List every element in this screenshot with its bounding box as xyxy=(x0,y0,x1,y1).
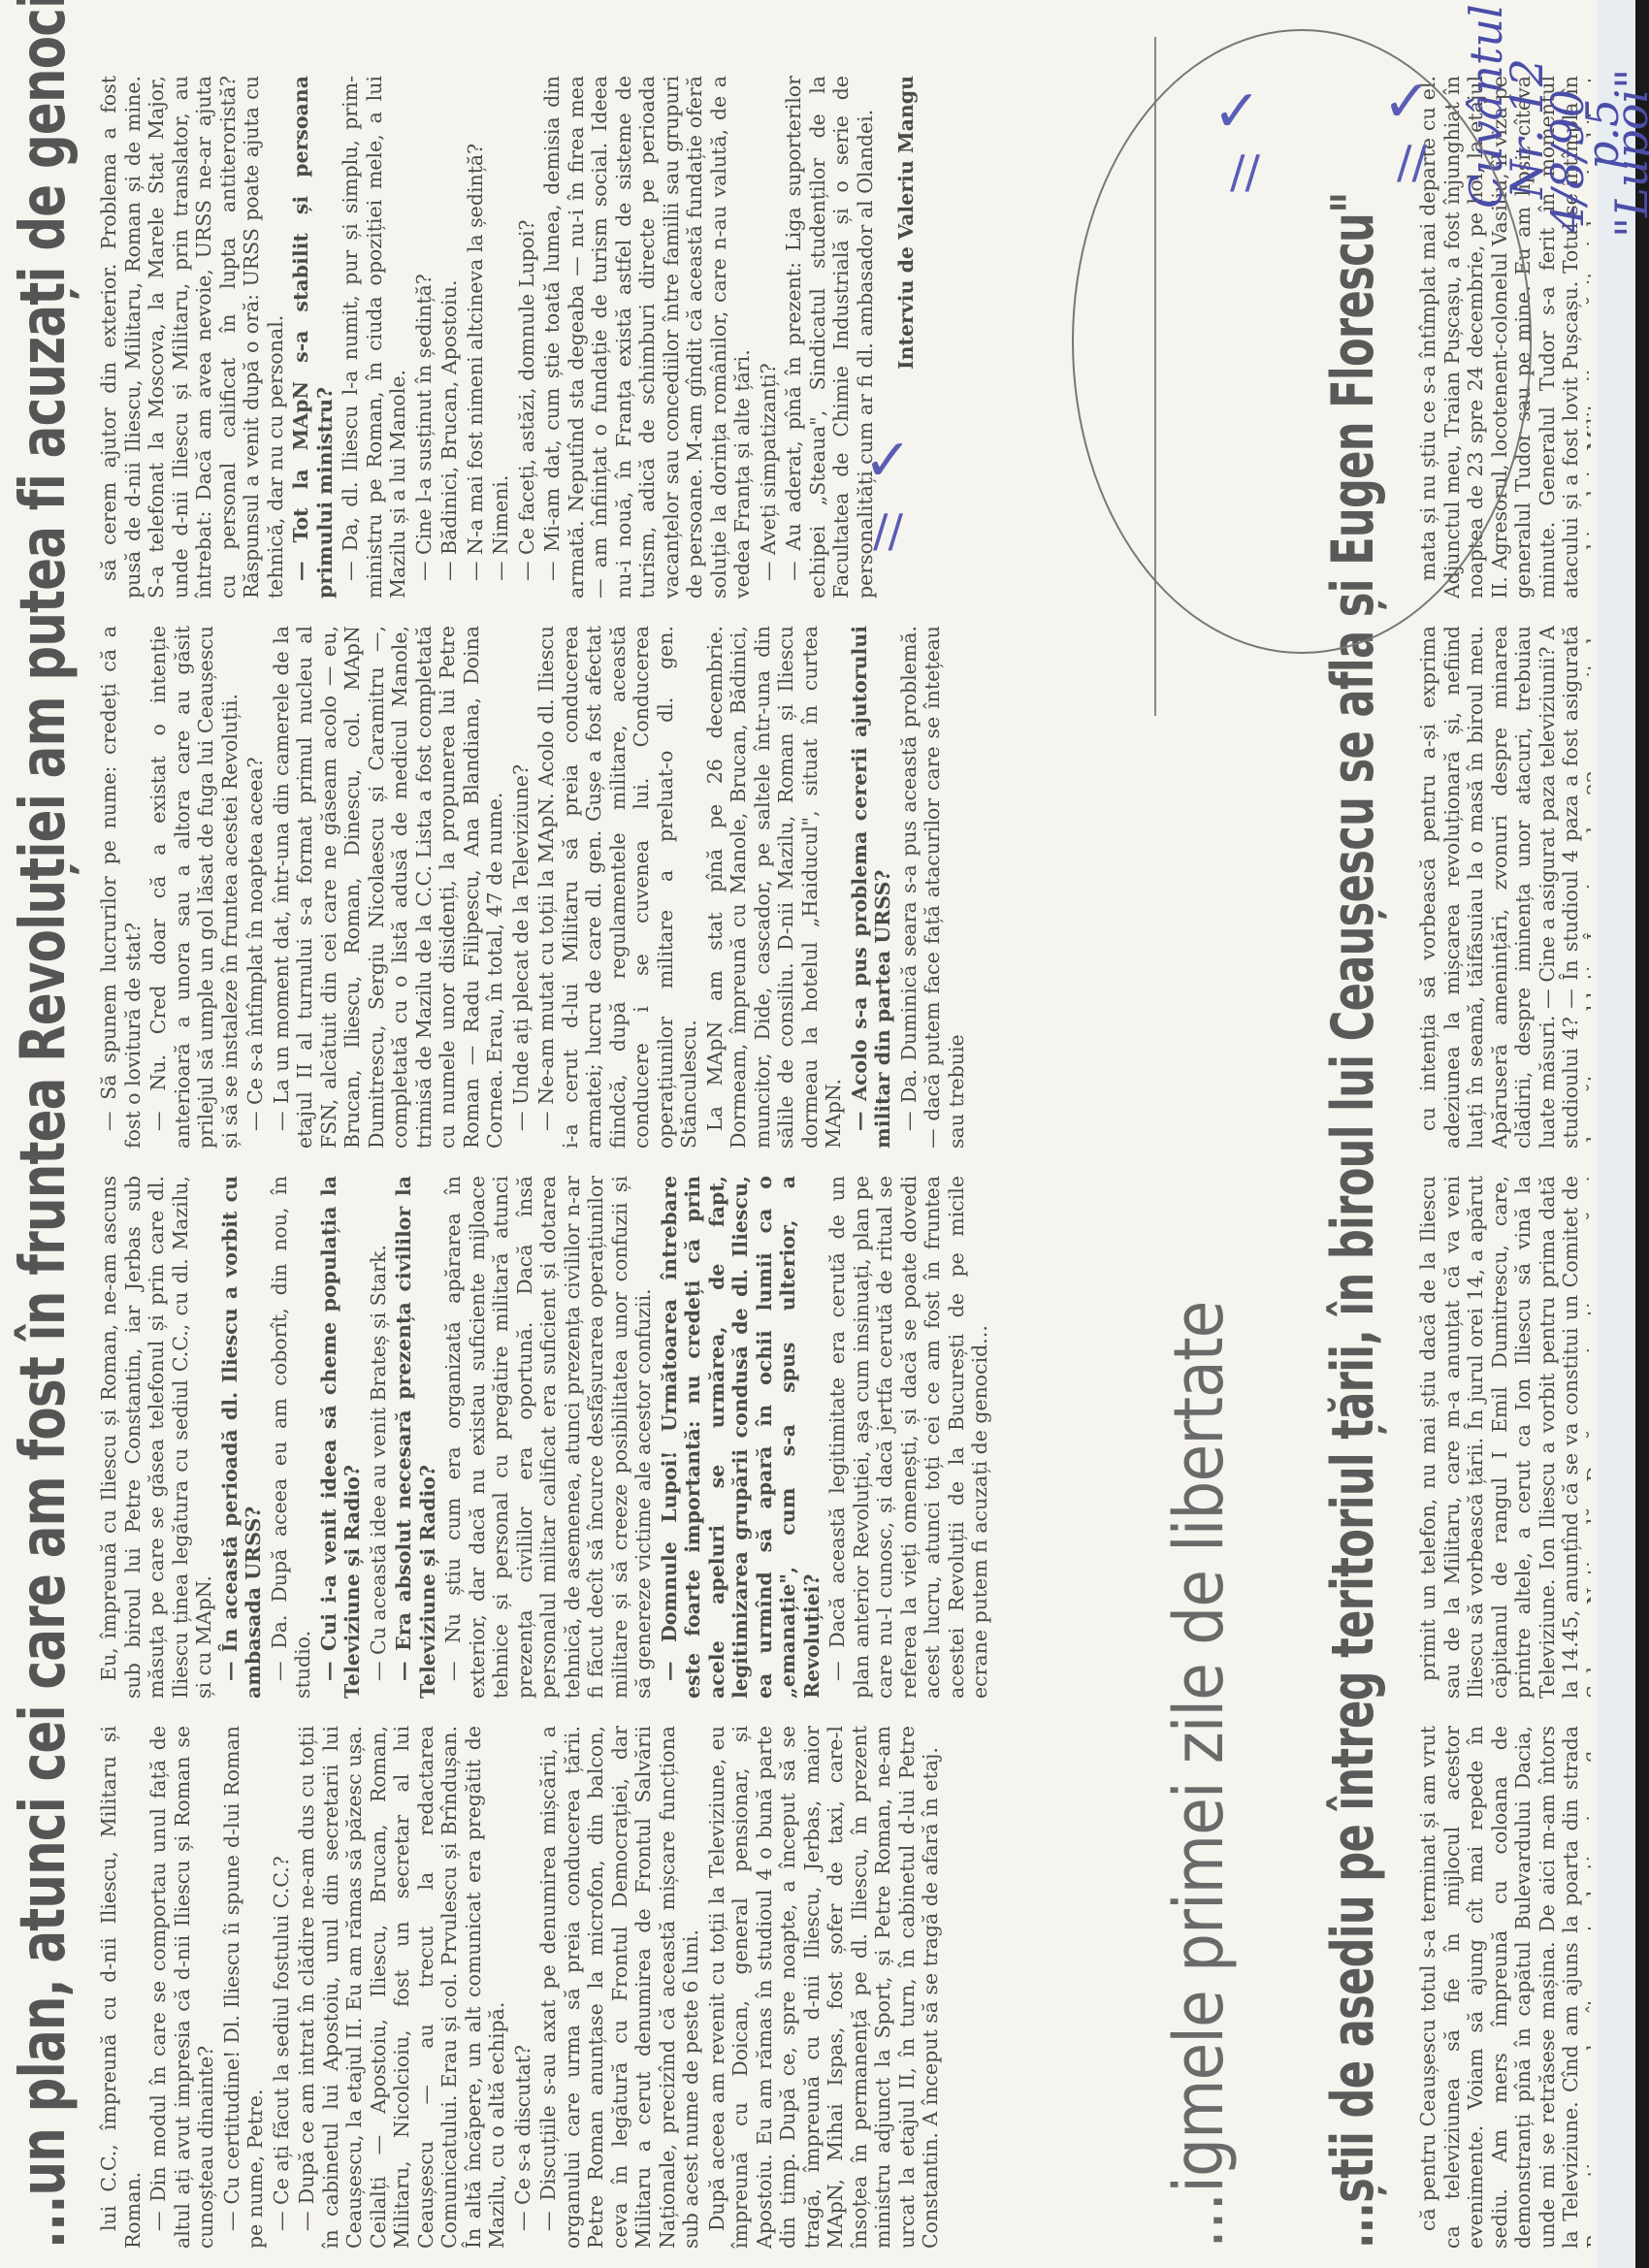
main-headline: ...un plan, atunci cei care am fost în f… xyxy=(8,0,80,2249)
article1-paragraph: La MApN am stat pînă pe 26 decembrie. Do… xyxy=(703,626,846,1149)
article1-paragraph: — Unde ați plecat de la Televiziune? xyxy=(509,626,533,1149)
article1-paragraph: — Bădinici, Brucan, Apostoiu. xyxy=(437,76,462,599)
article1-paragraph: lui C.C., împreună cu d-nii Iliescu, Mil… xyxy=(97,1726,145,2249)
article2-column-1: că pentru Ceaușescu totul s-a terminat ș… xyxy=(1416,1726,1591,2249)
article1-paragraph: — Nu știu cum era organizată apărarea în… xyxy=(441,1176,656,1699)
article1-column-4: să cerem ajutor din exterior. Problema a… xyxy=(97,76,1125,599)
article1-paragraph: — Ce ați făcut la sediul fostului C.C.? xyxy=(270,1726,294,2249)
double-mark-icon: // xyxy=(873,504,903,557)
article1-paragraph: — După ce am intrat în clădire ne-am dus… xyxy=(295,1726,509,2249)
article1-paragraph: Eu, împreună cu Iliescu și Roman, ne-am … xyxy=(97,1176,216,1699)
article1-paragraph: să cerem ajutor din exterior. Problema a… xyxy=(97,76,287,599)
article1-paragraph: — Cu certitudine! Dl. Iliescu îi spune d… xyxy=(220,1726,268,2249)
article1-paragraph: — Da. Duminică seara s-a pus această pro… xyxy=(897,626,969,1149)
article2-column-2: primit un telefon, nu mai știu dacă de l… xyxy=(1416,1176,1591,1699)
article2-paragraph: primit un telefon, nu mai știu dacă de l… xyxy=(1416,1176,1591,1699)
article1-paragraph: — Tot la MApN s-a stabilit și persoana p… xyxy=(289,76,337,599)
article1-paragraph: — Ne-am mutat cu toții la MApN. Acolo dl… xyxy=(534,626,701,1149)
article2-column-3: cu intenția să vorbească pentru a-și exp… xyxy=(1416,626,1591,1149)
article1-paragraph: — Să spunem lucrurilor pe nume: credeți … xyxy=(97,626,145,1149)
pencil-circle-annotation xyxy=(1072,29,1532,654)
article1-body: lui C.C., împreună cu d-nii Iliescu, Mil… xyxy=(97,76,1125,2249)
article1-paragraph: — Dacă această legitimitate era cerută d… xyxy=(825,1176,992,1699)
article1-paragraph: — Da, dl. Iliescu l-a numit, pur și simp… xyxy=(339,76,410,599)
article2-paragraph: că pentru Ceaușescu totul s-a terminat ș… xyxy=(1416,1726,1591,2249)
article1-paragraph: — Cu această idee au venit Brateș și Sta… xyxy=(367,1176,391,1699)
article1-paragraph: — Da. După aceea eu am coborît, din nou,… xyxy=(268,1176,315,1699)
scanner-edge xyxy=(1635,0,1649,2268)
article1-paragraph: — Ce s-a discutat? xyxy=(511,1726,535,2249)
article1-paragraph: — În această perioadă dl. Iliescu a vorb… xyxy=(218,1176,266,1699)
article1-column-2: Eu, împreună cu Iliescu și Roman, ne-am … xyxy=(97,1176,1125,1699)
checkmark-icon: ✓ xyxy=(863,427,912,495)
article1-paragraph: — Din modul în care se comportau unul fa… xyxy=(146,1726,218,2249)
secondary-headline: ...igmele primei zile de libertate xyxy=(1159,1301,1239,2249)
article1-paragraph: — Nu. Cred doar că a existat o intenție … xyxy=(146,626,242,1149)
article1-paragraph: — Cine l-a susținut în ședință? xyxy=(412,76,436,599)
handwritten-subject: "Lupoi" xyxy=(1605,69,1649,238)
article1-paragraph: — Ce s-a întîmplat în noaptea aceea? xyxy=(243,626,268,1149)
article1-column-3: — Să spunem lucrurilor pe nume: credeți … xyxy=(97,626,1125,1149)
article1-paragraph: — Ce faceți, astăzi, domnule Lupoi? xyxy=(515,76,539,599)
article1-paragraph: După aceea am revenit cu toții la Televi… xyxy=(705,1726,943,2249)
article1-paragraph: — Mi-am dat, cum știe toată lumea, demis… xyxy=(540,76,755,599)
article1-paragraph: — Domnule Lupoi! Următoarea întrebare es… xyxy=(658,1176,824,1699)
article1-column-1: lui C.C., împreună cu d-nii Iliescu, Mil… xyxy=(97,1726,1125,2249)
article1-paragraph: — Cui i-a venit ideea să cheme populația… xyxy=(317,1176,365,1699)
article1-paragraph: — N-a mai fost nimeni altcineva la ședin… xyxy=(464,76,488,599)
article1-paragraph: — Discuțiile s-au axat pe denumirea mișc… xyxy=(536,1726,703,2249)
article1-paragraph: — Era absolut necesară prezența civililo… xyxy=(392,1176,439,1699)
article1-paragraph: — Acolo s-a pus problema cererii ajutoru… xyxy=(848,626,895,1149)
article1-paragraph: — Aveți simpatizanți? xyxy=(757,76,781,599)
article2-paragraph: cu intenția să vorbească pentru a-și exp… xyxy=(1416,626,1591,1149)
article1-paragraph: — Nimeni. xyxy=(489,76,513,599)
article1-paragraph: — Au aderat, pînă în prezent: Liga supor… xyxy=(782,76,877,599)
article1-paragraph: — La un moment dat, într-una din camerel… xyxy=(270,626,507,1149)
